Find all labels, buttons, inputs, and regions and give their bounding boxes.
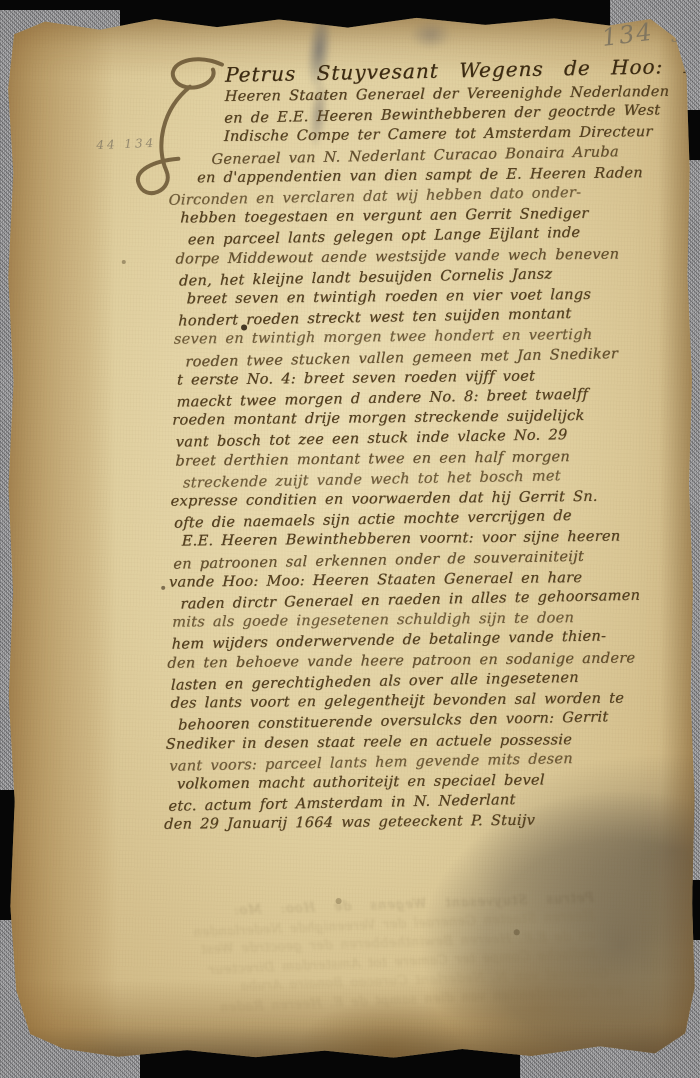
show-through-text: Petrus Stuyvesant Wegens de Hoo: Mo:Heer… [256, 886, 640, 1015]
text-layer: Petrus Stuyvesant Wegens de Hoo: Mo:Heer… [168, 54, 700, 837]
manuscript-line-38: den 29 Januarij 1664 was geteeckent P. S… [164, 809, 686, 835]
manuscript-page: 134 5 44 134 Petrus Stuyvesant Wegens de… [4, 13, 697, 1064]
scan-canvas: 134 5 44 134 Petrus Stuyvesant Wegens de… [0, 0, 700, 1078]
folio-number: 134 [600, 18, 655, 52]
